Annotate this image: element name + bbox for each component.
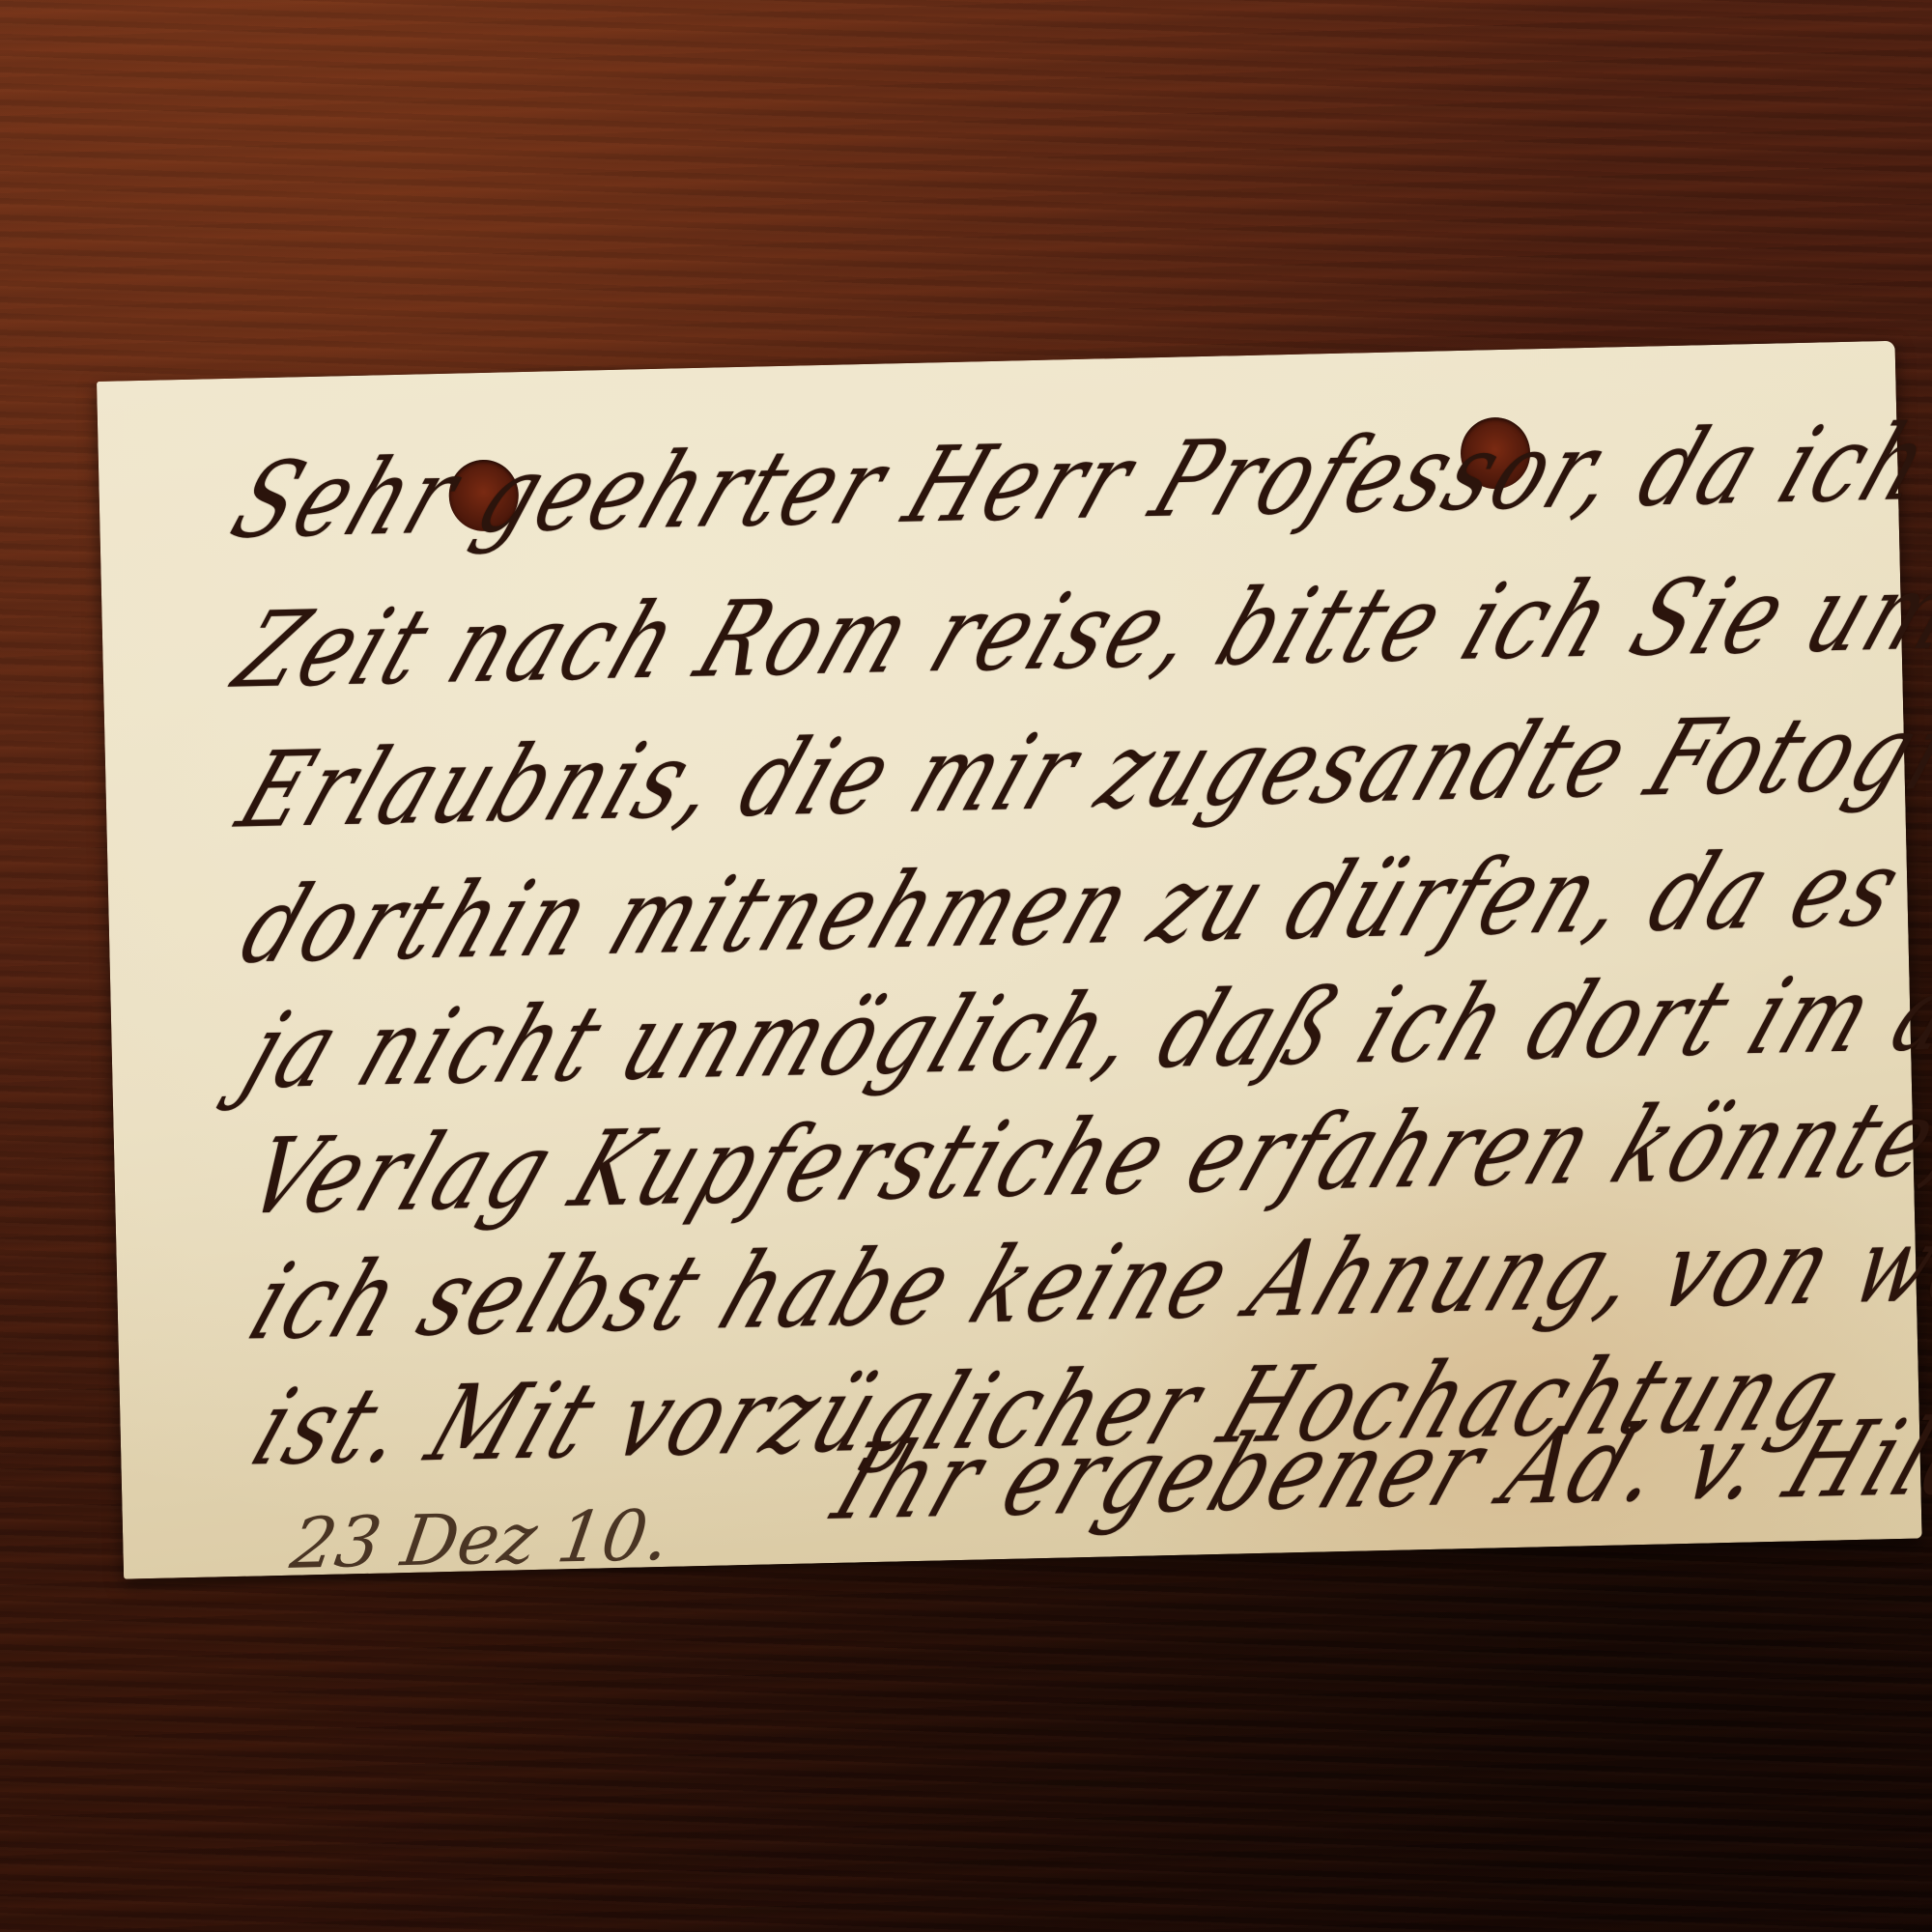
salutation-close: Ihr ergebener: [818, 1407, 1503, 1544]
letter-date: 23 Dez 10.: [286, 1494, 675, 1584]
letter-line-1: Sehr geehrter Herr Professor, da ich in …: [216, 390, 1932, 563]
signature: Ad. v. Hildebrand: [1488, 1389, 1932, 1529]
letter-line-2: Zeit nach Rom reise, bitte ich Sie um: [220, 552, 1932, 712]
letter-line-3: Erlaubnis, die mir zugesandte Fotografie: [223, 688, 1932, 852]
postcard: Sehr geehrter Herr Professor, da ich in …: [97, 341, 1922, 1579]
